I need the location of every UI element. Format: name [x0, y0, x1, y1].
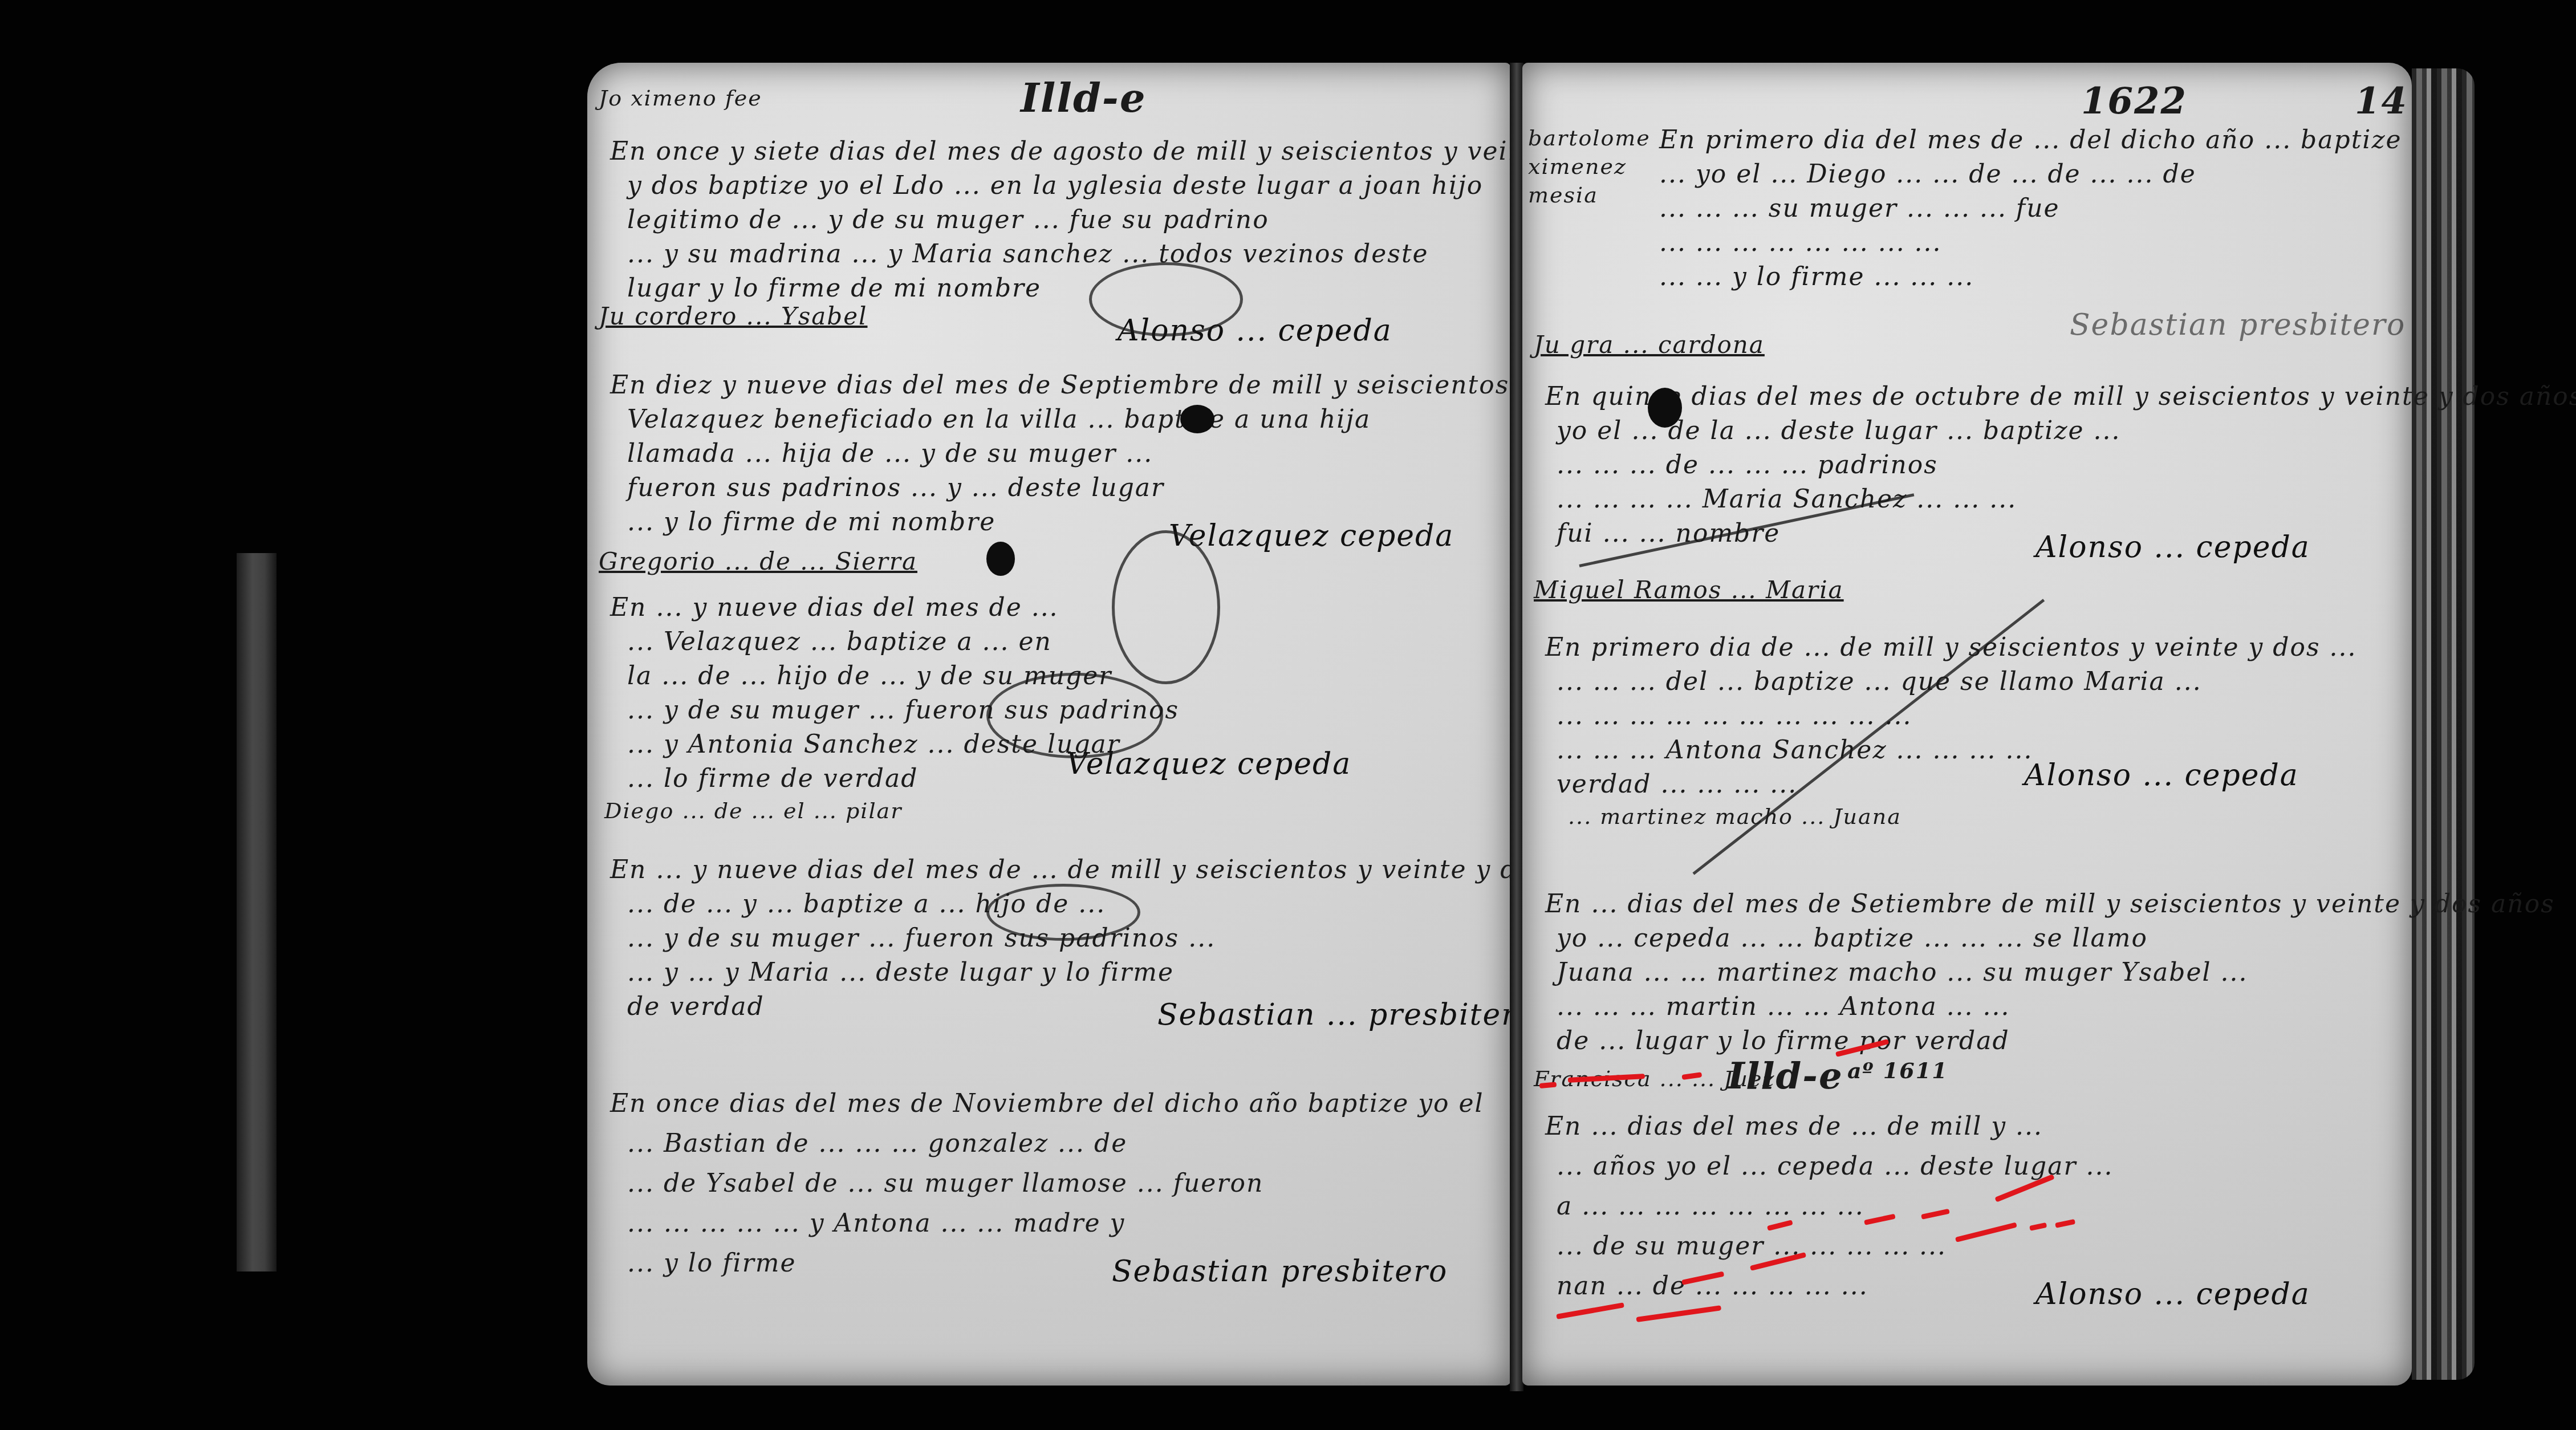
annotation-underline — [1955, 1222, 2017, 1242]
entry-line: ... ... ... ... Maria Sanchez ... ... ..… — [1557, 485, 2017, 514]
entry-line: Velazquez beneficiado en la villa ... ba… — [627, 405, 1371, 434]
marginal-year: aº 1611 — [1847, 1058, 1948, 1083]
annotation-underline — [2055, 1219, 2075, 1228]
entry-line: yo el ... de la ... deste lugar ... bapt… — [1557, 416, 2121, 445]
entry-heading: Ju cordero ... Ysabel — [599, 302, 867, 330]
top-mark: Illd-e — [1021, 74, 1146, 121]
entry-line: a ... ... ... ... ... ... ... ... — [1557, 1192, 1864, 1221]
entry-line: legitimo de ... y de su muger ... fue su… — [627, 205, 1269, 234]
entry-line: ... años yo el ... cepeda ... deste luga… — [1557, 1152, 2113, 1181]
entry-line: En once y siete dias del mes de agosto d… — [610, 137, 1553, 166]
signature-flourish — [986, 673, 1163, 758]
entry-line: lugar y lo firme de mi nombre — [627, 274, 1041, 303]
annotation-underline — [1636, 1305, 1721, 1322]
priest-signature: Alonso ... cepeda — [2024, 758, 2299, 793]
entry-heading: Miguel Ramos ... Maria — [1534, 576, 1844, 604]
priest-signature: Velazquez cepeda — [1169, 519, 1454, 553]
entry-line: llamada ... hija de ... y de su muger ..… — [627, 439, 1153, 468]
entry-line: de verdad — [627, 992, 765, 1021]
entry-line: ... ... ... ... ... y Antona ... ... mad… — [627, 1209, 1125, 1238]
entry-line: En once dias del mes de Noviembre del di… — [610, 1089, 1484, 1118]
entry-line: En quinze dias del mes de octubre de mil… — [1545, 382, 2576, 411]
year-heading: 1622 — [2081, 80, 2187, 123]
entry-heading: Ju gra ... cardona — [1534, 331, 1765, 359]
entry-line: verdad ... ... ... ... — [1557, 770, 1797, 799]
ink-blot — [1648, 388, 1682, 428]
signature-flourish — [1112, 530, 1220, 684]
entry-line: ... y su madrina ... y Maria sanchez ...… — [627, 239, 1429, 269]
annotation-underline — [1921, 1209, 1950, 1220]
signature-flourish — [986, 884, 1140, 941]
margin-name: ximenez — [1528, 154, 1627, 179]
book-fore-edge — [2412, 68, 2475, 1380]
entry-heading: Gregorio ... de ... Sierra — [599, 547, 917, 575]
annotation-underline — [2029, 1222, 2047, 1231]
ink-blot — [986, 542, 1015, 576]
entry-top-mark: Illd-e — [1728, 1055, 1843, 1098]
entry-line: En primero dia del mes de ... del dicho … — [1659, 125, 2402, 155]
open-register-book: Jo ximeno fee Illd-e En once y siete dia… — [576, 63, 2475, 1391]
entry-line: ... de su muger ... ... ... ... ... — [1557, 1232, 1947, 1261]
entry-line: ... y lo firme — [627, 1249, 797, 1278]
entry-line: ... ... ... Antona Sanchez ... ... ... .… — [1557, 736, 2033, 765]
entry-line: fueron sus padrinos ... y ... deste luga… — [627, 473, 1164, 502]
entry-line: ... lo firme de verdad — [627, 764, 918, 793]
annotation-underline — [1556, 1302, 1624, 1319]
priest-signature: Alonso ... cepeda — [2035, 1277, 2310, 1311]
entry-line: En ... dias del mes de Setiembre de mill… — [1545, 889, 2555, 919]
image-viewport: Jo ximeno fee Illd-e En once y siete dia… — [0, 0, 2576, 1430]
page-number: 14 — [2355, 80, 2408, 123]
annotation-underline — [1767, 1220, 1793, 1231]
entry-line: ... ... ... su muger ... ... ... fue — [1659, 194, 2060, 223]
entry-line: ... ... ... ... ... ... ... ... ... ... — [1557, 701, 1912, 730]
signature-flourish — [1089, 262, 1243, 336]
loose-page-edge — [237, 553, 277, 1271]
priest-signature: Alonso ... cepeda — [2035, 530, 2310, 564]
entry-footer: Diego ... de ... el ... pilar — [604, 798, 902, 823]
entry-line: ... de Ysabel de ... su muger llamose ..… — [627, 1169, 1263, 1198]
entry-line: ... ... ... martin ... ... Antona ... ..… — [1557, 992, 2010, 1021]
entry-line: ... yo el ... Diego ... ... de ... de ..… — [1659, 160, 2196, 189]
entry-line: fui ... ... nombre — [1557, 519, 1780, 548]
entry-footer: ... martinez macho ... Juana — [1568, 804, 1901, 829]
entry-line: Juana ... ... martinez macho ... su muge… — [1557, 958, 2248, 987]
entry-line: ... y ... y Maria ... deste lugar y lo f… — [627, 958, 1174, 987]
entry-line: En primero dia de ... de mill y seiscien… — [1545, 633, 2357, 662]
entry-line: ... Velazquez ... baptize a ... en — [627, 627, 1052, 656]
entry-line: de ... lugar y lo firme por verdad — [1557, 1026, 2010, 1055]
entry-line: ... Bastian de ... ... ... gonzalez ... … — [627, 1129, 1127, 1158]
right-page: 1622 14 bartolome ximenez mesia En prime… — [1522, 63, 2412, 1386]
entry-line: En ... dias del mes de ... de mill y ... — [1545, 1112, 2043, 1141]
margin-name: mesia — [1528, 182, 1598, 208]
annotation-underline — [1864, 1214, 1896, 1225]
book-gutter — [1510, 63, 1523, 1391]
entry-line: ... ... ... del ... baptize ... que se l… — [1557, 667, 2202, 696]
entry-heading: Jo ximeno fee — [599, 86, 762, 111]
priest-signature: Sebastian presbitero — [2070, 308, 2406, 342]
entry-line: ... ... y lo firme ... ... ... — [1659, 262, 1974, 291]
priest-signature: Sebastian ... presbitero — [1157, 998, 1535, 1032]
entry-line: En ... y nueve dias del mes de ... de mi… — [610, 855, 1548, 884]
ink-blot — [1180, 405, 1214, 433]
left-page: Jo ximeno fee Illd-e En once y siete dia… — [587, 63, 1511, 1386]
entry-line: yo ... cepeda ... ... baptize ... ... ..… — [1557, 924, 2148, 953]
margin-name: bartolome — [1528, 125, 1651, 151]
entry-line: En ... y nueve dias del mes de ... — [610, 593, 1059, 622]
priest-signature: Sebastian presbitero — [1112, 1254, 1448, 1289]
entry-line: y dos baptize yo el Ldo ... en la yglesi… — [627, 171, 1483, 200]
entry-line: ... ... ... ... ... ... ... ... — [1659, 228, 1942, 257]
entry-line: ... y lo firme de mi nombre — [627, 507, 996, 537]
entry-line: ... ... ... de ... ... ... padrinos — [1557, 450, 1938, 480]
